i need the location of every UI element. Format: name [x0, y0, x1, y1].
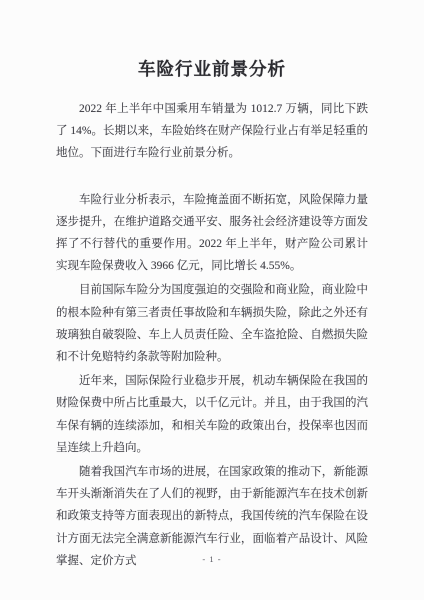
paragraph-insurance-types: 目前国际车险分为国度强迫的交强险和商业险，商业险中的根本险种有第三者责任事故险和… [56, 279, 368, 368]
page-number: - 1 - [0, 554, 424, 564]
paragraph-industry-analysis: 车险行业分析表示，车险掩盖面不断拓宽，风险保障力量逐步提升，在维护道路交通平安、… [56, 189, 368, 278]
document-body: 2022 年上半年中国乘用车销量为 1012.7 万辆，同比下跌了 14%。长期… [56, 98, 368, 572]
paragraph-market-trend: 近年来，国际保险行业稳步开展，机动车辆保险在我国的财险保费中所占比重最大，以千亿… [56, 370, 368, 459]
page-title: 车险行业前景分析 [0, 56, 424, 81]
paragraph-intro: 2022 年上半年中国乘用车销量为 1012.7 万辆，同比下跌了 14%。长期… [56, 98, 368, 165]
document-page: 车险行业前景分析 2022 年上半年中国乘用车销量为 1012.7 万辆，同比下… [0, 0, 424, 600]
